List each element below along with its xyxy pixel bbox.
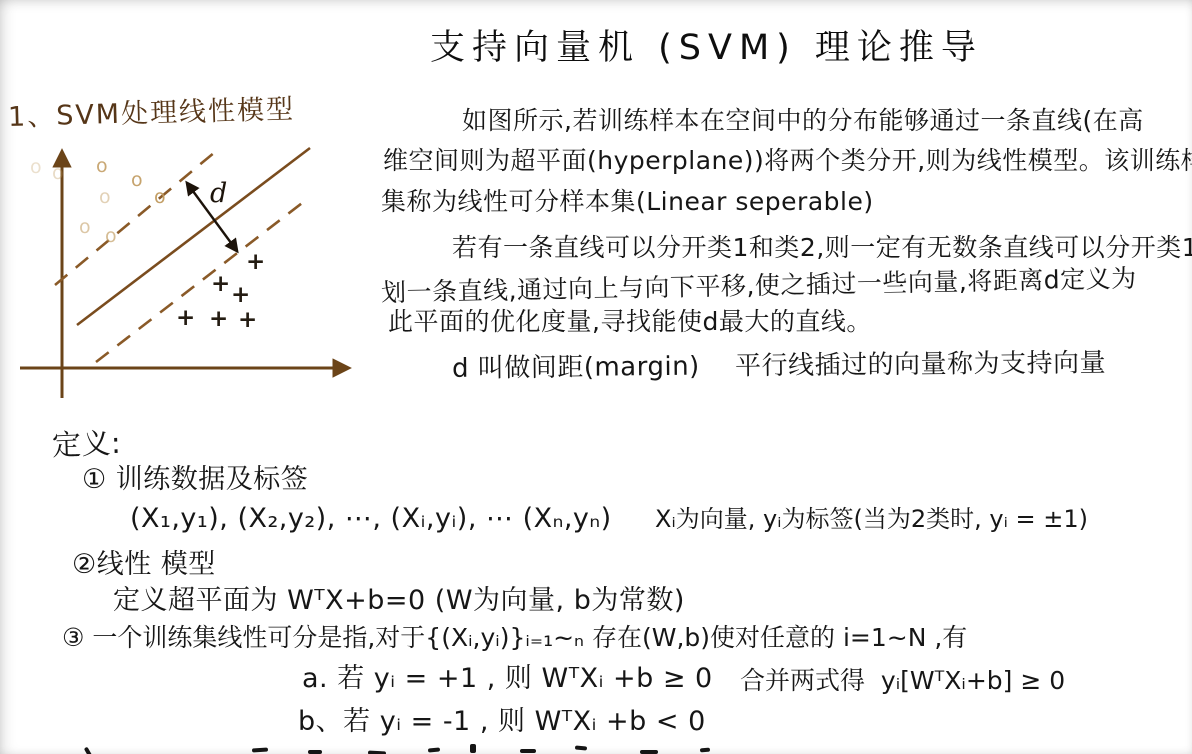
definition3-combined: 合并两式得 yᵢ[WᵀXᵢ+b] ≥ 0 [740,667,1065,696]
class1-sample-mark: o [99,186,111,208]
cutoff-stroke [84,747,92,754]
class2-sample-mark: + [211,271,230,297]
cutoff-stroke [640,750,658,754]
definitions-heading: 定义: [51,427,121,463]
class1-sample-mark: o [30,156,42,178]
cutoff-stroke [308,750,322,754]
svm-diagram: d oooooooo++++++ [0,0,380,415]
definition1-label: ① 训练数据及标签 [82,464,308,495]
definition1-note: Xᵢ为向量, yᵢ为标签(当为2类时, yᵢ = ±1) [655,506,1088,534]
paragraph2-line2: 划一条直线,通过向上与向下平移,使之插过一些向量,将距离d定义为 [381,265,1137,308]
class1-sample-mark: o [79,216,91,238]
class1-sample-mark: o [52,162,64,184]
definition2-label: ②线性 模型 [72,549,216,580]
class1-sample-mark: o [131,169,143,191]
paragraph2-line3: 此平面的优化度量,寻找能使d最大的直线。 [388,308,872,337]
definition1-formula: (X₁,y₁), (X₂,y₂), ⋯, (Xᵢ,yᵢ), ⋯ (Xₙ,yₙ) [130,503,612,534]
cutoff-stroke [252,747,268,752]
paragraph2-line1: 若有一条直线可以分开类1和类2,则一定有无数条直线可以分开类1和类2 [452,234,1192,263]
cutoff-stroke [368,751,386,754]
margin-distance-label: d [210,178,227,209]
handwritten-notes-page: 支持向量机 (SVM) 理论推导 1、SVM处理线性模型 d oooooooo+… [0,0,1192,754]
cutoff-stroke [700,748,710,753]
definition3-case-b: b、若 yᵢ = -1 , 则 WᵀXᵢ +b < 0 [298,706,706,737]
definition3-case-a: a. 若 yᵢ = +1 , 则 WᵀXᵢ +b ≥ 0 [302,663,713,694]
paragraph1-line2: 维空间则为超平面(hyperplane))将两个类分开,则为线性模型。该训练样本 [383,147,1192,176]
paragraph1-line1: 如图所示,若训练样本在空间中的分布能够通过一条直线(在高 [462,107,1144,136]
cutoff-stroke [470,744,476,753]
class2-sample-mark: + [176,305,195,331]
class1-sample-mark: o [96,155,108,177]
page-title: 支持向量机 (SVM) 理论推导 [430,28,983,68]
definition3-label: ③ 一个训练集线性可分是指,对于{(Xᵢ,yᵢ)}ᵢ₌₁~ₙ 存在(W,b)使对… [62,624,967,653]
paragraph1-line3: 集称为线性可分样本集(Linear seperable) [381,188,874,217]
cutoff-stroke [428,747,440,752]
class2-sample-mark: + [231,282,250,308]
cutoff-stroke [575,745,587,750]
class1-sample-mark: o [154,186,166,208]
margin-definition-note: d 叫做间距(margin) 平行线插过的向量称为支持向量 [452,349,1106,385]
class2-sample-mark: + [246,249,265,275]
class1-sample-mark: o [105,225,117,247]
class2-sample-mark: + [238,307,257,333]
definition2-formula: 定义超平面为 WᵀX+b=0 (W为向量, b为常数) [113,585,685,616]
class2-sample-mark: + [209,306,228,332]
cutoff-stroke [520,749,536,753]
